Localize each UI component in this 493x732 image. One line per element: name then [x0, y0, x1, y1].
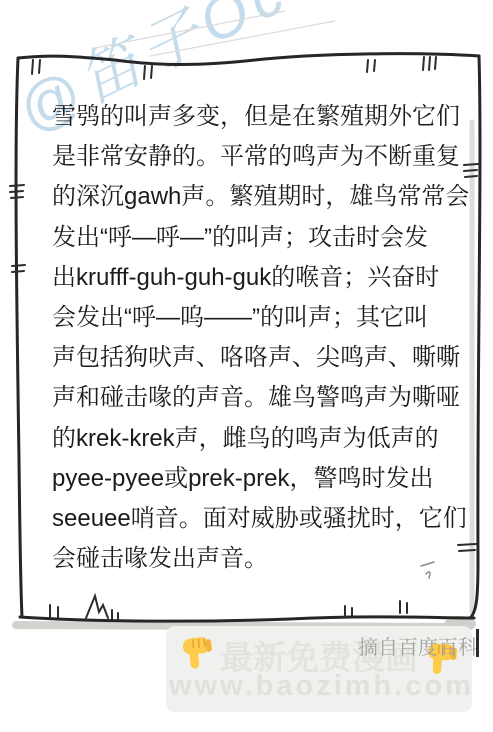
article-line: 雪鸮的叫声多变，但是在繁殖期外它们: [52, 97, 462, 137]
article-line: 的krek-krek声，雌鸟的鸣声为低声的: [52, 419, 462, 459]
article-line: 是非常安静的。平常的鸣声为不断重复: [52, 137, 462, 177]
article-line: 声和碰击喙的声音。雄鸟警鸣声为嘶哑: [52, 378, 462, 418]
article-line: pyee-pyee或prek-prek，警鸣时发出: [52, 459, 462, 499]
article-line: 声包括狗吠声、咯咯声、尖鸣声、嘶嘶: [52, 338, 462, 378]
text-cursor: [476, 629, 479, 657]
article-line: 出krufff-guh-guh-guk的喉音；兴奋时: [52, 258, 462, 298]
article-line: 会碰击喙发出声音。: [52, 539, 462, 579]
article-line: 发出“呼—呼—”的叫声；攻击时会发: [52, 218, 462, 258]
article-line: seeuee哨音。面对威胁或骚扰时，它们: [52, 499, 462, 539]
article-text: 雪鸮的叫声多变，但是在繁殖期外它们 是非常安静的。平常的鸣声为不断重复 的深沉g…: [52, 97, 462, 579]
source-credit: 摘自百度百科: [358, 631, 478, 660]
site-url: www.baozimh.com: [169, 670, 474, 703]
article-line: 会发出“呼—呜——”的叫声；其它叫: [52, 298, 462, 338]
article-line: 的深沉gawh声。繁殖期时，雄鸟常常会: [52, 177, 462, 217]
pointing-down-finger-icon: [176, 631, 218, 675]
